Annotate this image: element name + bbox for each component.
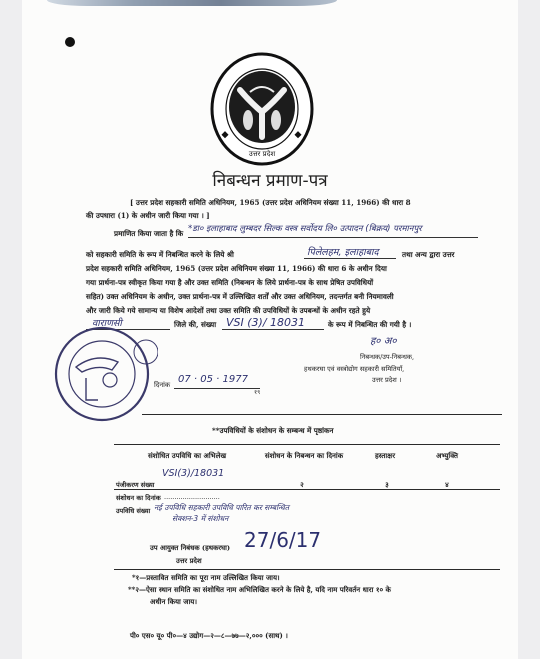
officer-state: उत्तर प्रदेश [176, 556, 202, 565]
registration-number-underline [222, 329, 324, 330]
officer-label: उप आयुक्त निबंधक (हथकरघा) [150, 543, 230, 552]
applicant-handwritten: पिलेलहम, इलाहाबाद [307, 245, 379, 258]
footnote-2-line-1: **२—ऐसा स्थान समिति का संशोधित नाम अभिलि… [128, 585, 391, 595]
registration-number-handwritten: VSI (3)/ 18031 [226, 316, 305, 329]
signatory-line-1: निबन्धक/उप-निबन्धक, [360, 352, 414, 361]
column-header-amended-bylaw: संशोधित उपविधि का अभिलेख [132, 451, 242, 461]
date-handwritten: 07 · 05 · 1977 [178, 374, 248, 385]
body-line-5: और जारी किये गये सामान्य या विशेष आदेशों… [86, 306, 370, 316]
table-row-rule [114, 489, 500, 490]
certify-label: प्रमाणित किया जाता है कि [114, 229, 183, 239]
registrar-round-stamp-icon [46, 322, 158, 422]
up-emblem-seal-icon: उत्तर प्रदेश [210, 52, 314, 166]
certificate-page: उत्तर प्रदेश निबन्धन प्रमाण-पत्र [ उत्तर… [22, 0, 518, 659]
amend-date-label: संशोधन का दिनांक [116, 493, 161, 502]
amendment-heading: **उपविधियों के संशोधन के सम्बन्ध में पृष… [212, 426, 333, 436]
society-name-handwritten: *डा० इलाहाबाद लुम्बदर सिल्क वस्त्र सर्वो… [188, 223, 422, 234]
bylaw-handwritten-2: सेक्शन-3 में संशोधन [172, 514, 228, 524]
punch-hole [65, 37, 75, 47]
district-label: जिले की, संख्या [174, 320, 216, 330]
bylaw-handwritten-1: नई उपविधि सहकारी उपविधि पारित कर सम्बन्ध… [154, 503, 289, 513]
column-header-amendment-date: संशोधन के निबन्धन का दिनांक [254, 451, 354, 461]
bylaw-label: उपविधि संख्या [116, 506, 150, 515]
registered-suffix: के रूप में निबन्धित की गयी है । [328, 320, 411, 330]
body-line-1-suffix: तथा अन्य द्वारा उत्तर [402, 250, 454, 260]
table-header-rule [114, 444, 500, 445]
preamble-line-1: [ उत्तर प्रदेश सहकारी समिति अधिनियम, 196… [130, 198, 411, 208]
column-header-remarks: अभ्युक्ति [422, 451, 472, 461]
preamble-line-2: की उपधारा (1) के अधीन जारी किया गया । ] [86, 211, 210, 221]
reg-no-handwritten: VSI(3)/18031 [162, 468, 224, 479]
footnote-1: *१—प्रस्तावित समिति का पूरा नाम उल्लिखित… [132, 573, 280, 583]
svg-text:उत्तर प्रदेश: उत्तर प्रदेश [249, 149, 275, 158]
footnote-rule [114, 569, 500, 570]
date-label: दिनांक [154, 380, 170, 389]
certificate-title: निबन्धन प्रमाण-पत्र [22, 168, 518, 191]
registrar-signature: ह० अ० [370, 333, 397, 347]
signatory-line-2: हथकरघा एवं वस्त्रोद्योग सहकारी समितियाँ, [304, 364, 404, 373]
printer-line: पी० एस० यू० पी०—४ उद्योग—२—८—७७—२,००० (स… [130, 631, 288, 641]
previous-page-edge [47, 0, 337, 6]
column-header-signature: हस्ताक्षर [360, 451, 410, 461]
officer-signature-date: 27/6/17 [244, 528, 321, 552]
section-rule-top [142, 414, 502, 415]
amend-date-value: ........................... [164, 493, 220, 501]
body-line-4: सहित) उक्त अधिनियम के अधीन, उक्त प्रार्थ… [86, 292, 394, 302]
body-line-3: गया प्रार्थना-पत्र स्वीकृत किया गया है औ… [86, 278, 373, 288]
signatory-line-3: उत्तर प्रदेश । [372, 375, 401, 384]
date-suffix: १९ [254, 388, 260, 396]
applicant-underline [304, 258, 396, 259]
footnote-2-line-2: अधीन किया जाय। [150, 597, 197, 607]
date-underline [174, 388, 260, 389]
body-line-2: प्रदेश सहकारी समिति अधिनियम, 1965 (उत्तर… [86, 264, 387, 274]
society-name-underline [188, 237, 478, 238]
body-line-1-prefix: को सहकारी समिति के रूप में निबन्धित करने… [86, 250, 234, 260]
reg-no-label: पंजीकरण संख्या [116, 480, 154, 489]
